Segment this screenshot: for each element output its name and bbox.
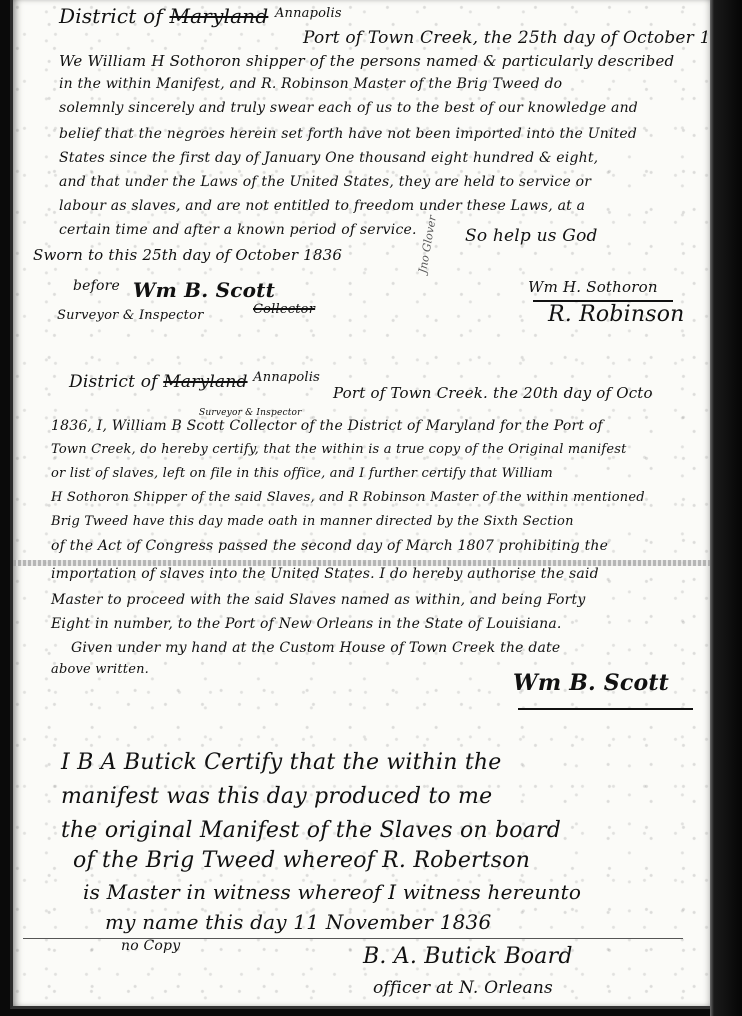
oath-closing: So help us God [465,226,598,246]
certificate-line: 1836, I, William B Scott Collector of th… [51,418,603,434]
margin-note: no Copy [121,938,180,954]
sworn-line: Sworn to this 25th day of October 1836 [33,246,342,264]
certificate-line: H Sothoron Shipper of the said Slaves, a… [51,490,645,505]
officer-title: Surveyor & Inspector [57,308,204,323]
officer-title-struck: Collector [253,302,315,317]
certificate-line: Master to proceed with the said Slaves n… [51,592,585,608]
inserted-district: Annapolis [275,6,342,21]
oath-line: labour as slaves, and are not entitled t… [59,198,585,214]
ruled-line [23,938,683,939]
inserted-district: Annapolis [253,370,320,385]
arrival-signature-title: officer at N. Orleans [373,978,553,998]
signature-sothoron: Wm H. Sothoron [528,278,658,296]
certificate-line: Town Creek, do hereby certify, that the … [51,442,627,457]
struck-district: Maryland [170,4,269,28]
signature-robinson: R. Robinson [548,302,685,327]
arrival-line: of the Brig Tweed whereof R. Robertson [73,848,530,873]
oath-line: belief that the negroes herein set forth… [59,126,637,142]
margin-vertical-note: Jno Glover [416,214,439,274]
certificate-district-line: District of Maryland Annapolis [69,370,320,392]
arrival-line: I B A Butick Certify that the within the [61,750,501,775]
oath-line: in the within Manifest, and R. Robinson … [59,76,562,92]
oath-line: We William H Sothoron shipper of the per… [59,52,674,70]
certificate-port-date: Port of Town Creek. the 20th day of Octo [333,384,653,402]
given-line-2: above written. [51,662,149,677]
given-line-1: Given under my hand at the Custom House … [71,640,560,656]
oath-line: States since the first day of January On… [59,150,598,166]
signature-underline [518,708,693,710]
oath-district-line: District of Maryland Annapolis [59,4,342,28]
before-label: before [73,278,120,294]
collector-signature: Wm B. Scott [513,670,669,696]
certificate-line: Eight in number, to the Port of New Orle… [51,616,562,632]
certificate-line: or list of slaves, left on file in this … [51,466,553,481]
arrival-line: my name this day 11 November 1836 [105,910,491,934]
oath-line: solemnly sincerely and truly swear each … [59,100,638,116]
certificate-line: of the Act of Congress passed the second… [51,538,608,554]
arrival-signature: B. A. Butick Board [363,944,573,969]
oath-line: certain time and after a known period of… [59,222,417,238]
officer-signature: Wm B. Scott [133,278,275,302]
arrival-line: is Master in witness whereof I witness h… [83,880,581,904]
scan-dark-border [710,0,742,1016]
certificate-line: importation of slaves into the United St… [51,566,599,582]
manifest-document-page: District of Maryland Annapolis Port of T… [10,0,713,1009]
struck-district: Maryland [163,372,247,392]
inserted-title: Surveyor & Inspector [199,408,302,418]
oath-line: and that under the Laws of the United St… [59,174,591,190]
arrival-line: the original Manifest of the Slaves on b… [61,818,561,843]
arrival-line: manifest was this day produced to me [61,784,492,809]
oath-port-date: Port of Town Creek, the 25th day of Octo… [303,28,742,48]
certificate-line: Brig Tweed have this day made oath in ma… [51,514,574,529]
